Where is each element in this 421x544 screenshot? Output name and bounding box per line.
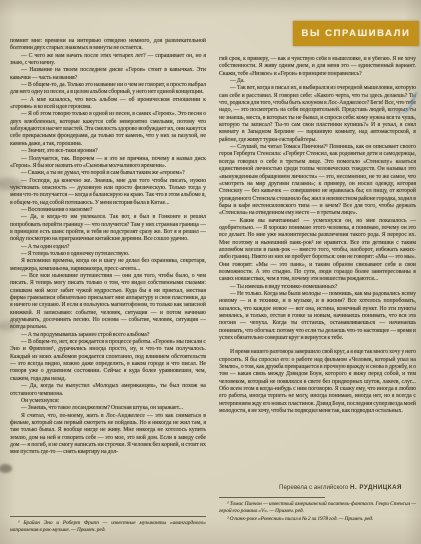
paragraph: — Ты имеешь в виду технико-помешанных? <box>219 284 416 291</box>
translator-credit: Перевела с английского Н. РУДНИЦКАЯ <box>219 484 416 491</box>
paragraph: — С чего же нам начать после этих четыре… <box>10 53 206 68</box>
paragraph: — Значит, это все-таки ирония? <box>10 148 206 155</box>
paragraph: гий срок, к примеру, — как я чувствую се… <box>219 56 416 78</box>
paragraph: помнит мне: времени на интервью отведено… <box>10 38 206 53</box>
paragraph: — Все мои нынешние путешествия — они для… <box>10 273 206 332</box>
article-column-right: гий срок, к примеру, — как я чувствую се… <box>219 56 416 480</box>
paragraph: Я вспомнил времена, когда он и шагу не д… <box>10 258 206 273</box>
translator-credit-prefix: Перевела с английского <box>279 484 348 491</box>
scanned-magazine-page: ВЫ СПРАШИВАЛИ помнит мне: времени на инт… <box>0 0 421 544</box>
paragraph: — А ты один ездил? <box>10 244 206 251</box>
paragraph: — Господи, да конечно же. Знаешь, мне дл… <box>10 178 206 207</box>
paragraph: — Название на твоем последнем диске «Гер… <box>10 67 206 82</box>
rubric-label: ВЫ СПРАШИВАЛИ <box>302 28 411 39</box>
paragraph: — В общем-то, да. Только это название ни… <box>10 82 206 97</box>
paragraph: — А мне казалось, что весь альбом — об и… <box>10 97 206 112</box>
paragraph: — В общем-то, нет, все рождается в проце… <box>10 339 206 383</box>
footnote-block-right: ¹ Томас Пинчон — известный американский … <box>219 497 416 524</box>
footnote-text: ¹ Брайан Эно и Роберт Фрипп — известные … <box>10 520 206 533</box>
paragraph: — Получается, так. Впрочем — и это не пр… <box>10 156 206 171</box>
paragraph: — Не только. Когда мы были молоды — помн… <box>219 291 416 342</box>
paragraph: — Какие вы начитанные! — усмехнулся он, … <box>219 218 416 284</box>
paragraph: — Скажи, а ты не думал, что порой и сам … <box>10 170 206 177</box>
paragraph: — Знаешь, что такое лосанджелизм? Опасна… <box>10 405 206 412</box>
rubric-badge: ВЫ СПРАШИВАЛИ <box>293 21 419 46</box>
paragraph: — А ты продумываешь заранее строй всего … <box>10 332 206 339</box>
paragraph: Я считал, что, по-моему, жить в Лос-Андж… <box>10 413 206 457</box>
paragraph: — Так вот, когда я писал их, я выбирался… <box>219 85 416 144</box>
footnote-block-left: ¹ Брайан Эно и Роберт Фрипп — известные … <box>10 516 206 535</box>
translator-name: Н. РУДНИЦКАЯ <box>350 484 402 491</box>
article-column-left: помнит мне: времени на интервью отведено… <box>10 38 206 514</box>
paragraph: — Да, когда ты выпустил «Молодых америка… <box>10 383 206 398</box>
paragraph: — Слушай, ты читал Томаса Пинчона?¹ Помн… <box>219 144 416 217</box>
paragraph: — Да, я когда-то им увлекался. Так вот, … <box>10 214 206 243</box>
paragraph: И время нашего разговора завершило свой … <box>219 349 416 415</box>
footnote-text: ² О панк-роке «Ровесник» писал в № 2 за … <box>219 516 416 523</box>
paragraph: — Я об этом говорю только в одной из пес… <box>10 111 206 148</box>
footnote-text: ¹ Томас Пинчон — известный американский … <box>219 501 416 514</box>
